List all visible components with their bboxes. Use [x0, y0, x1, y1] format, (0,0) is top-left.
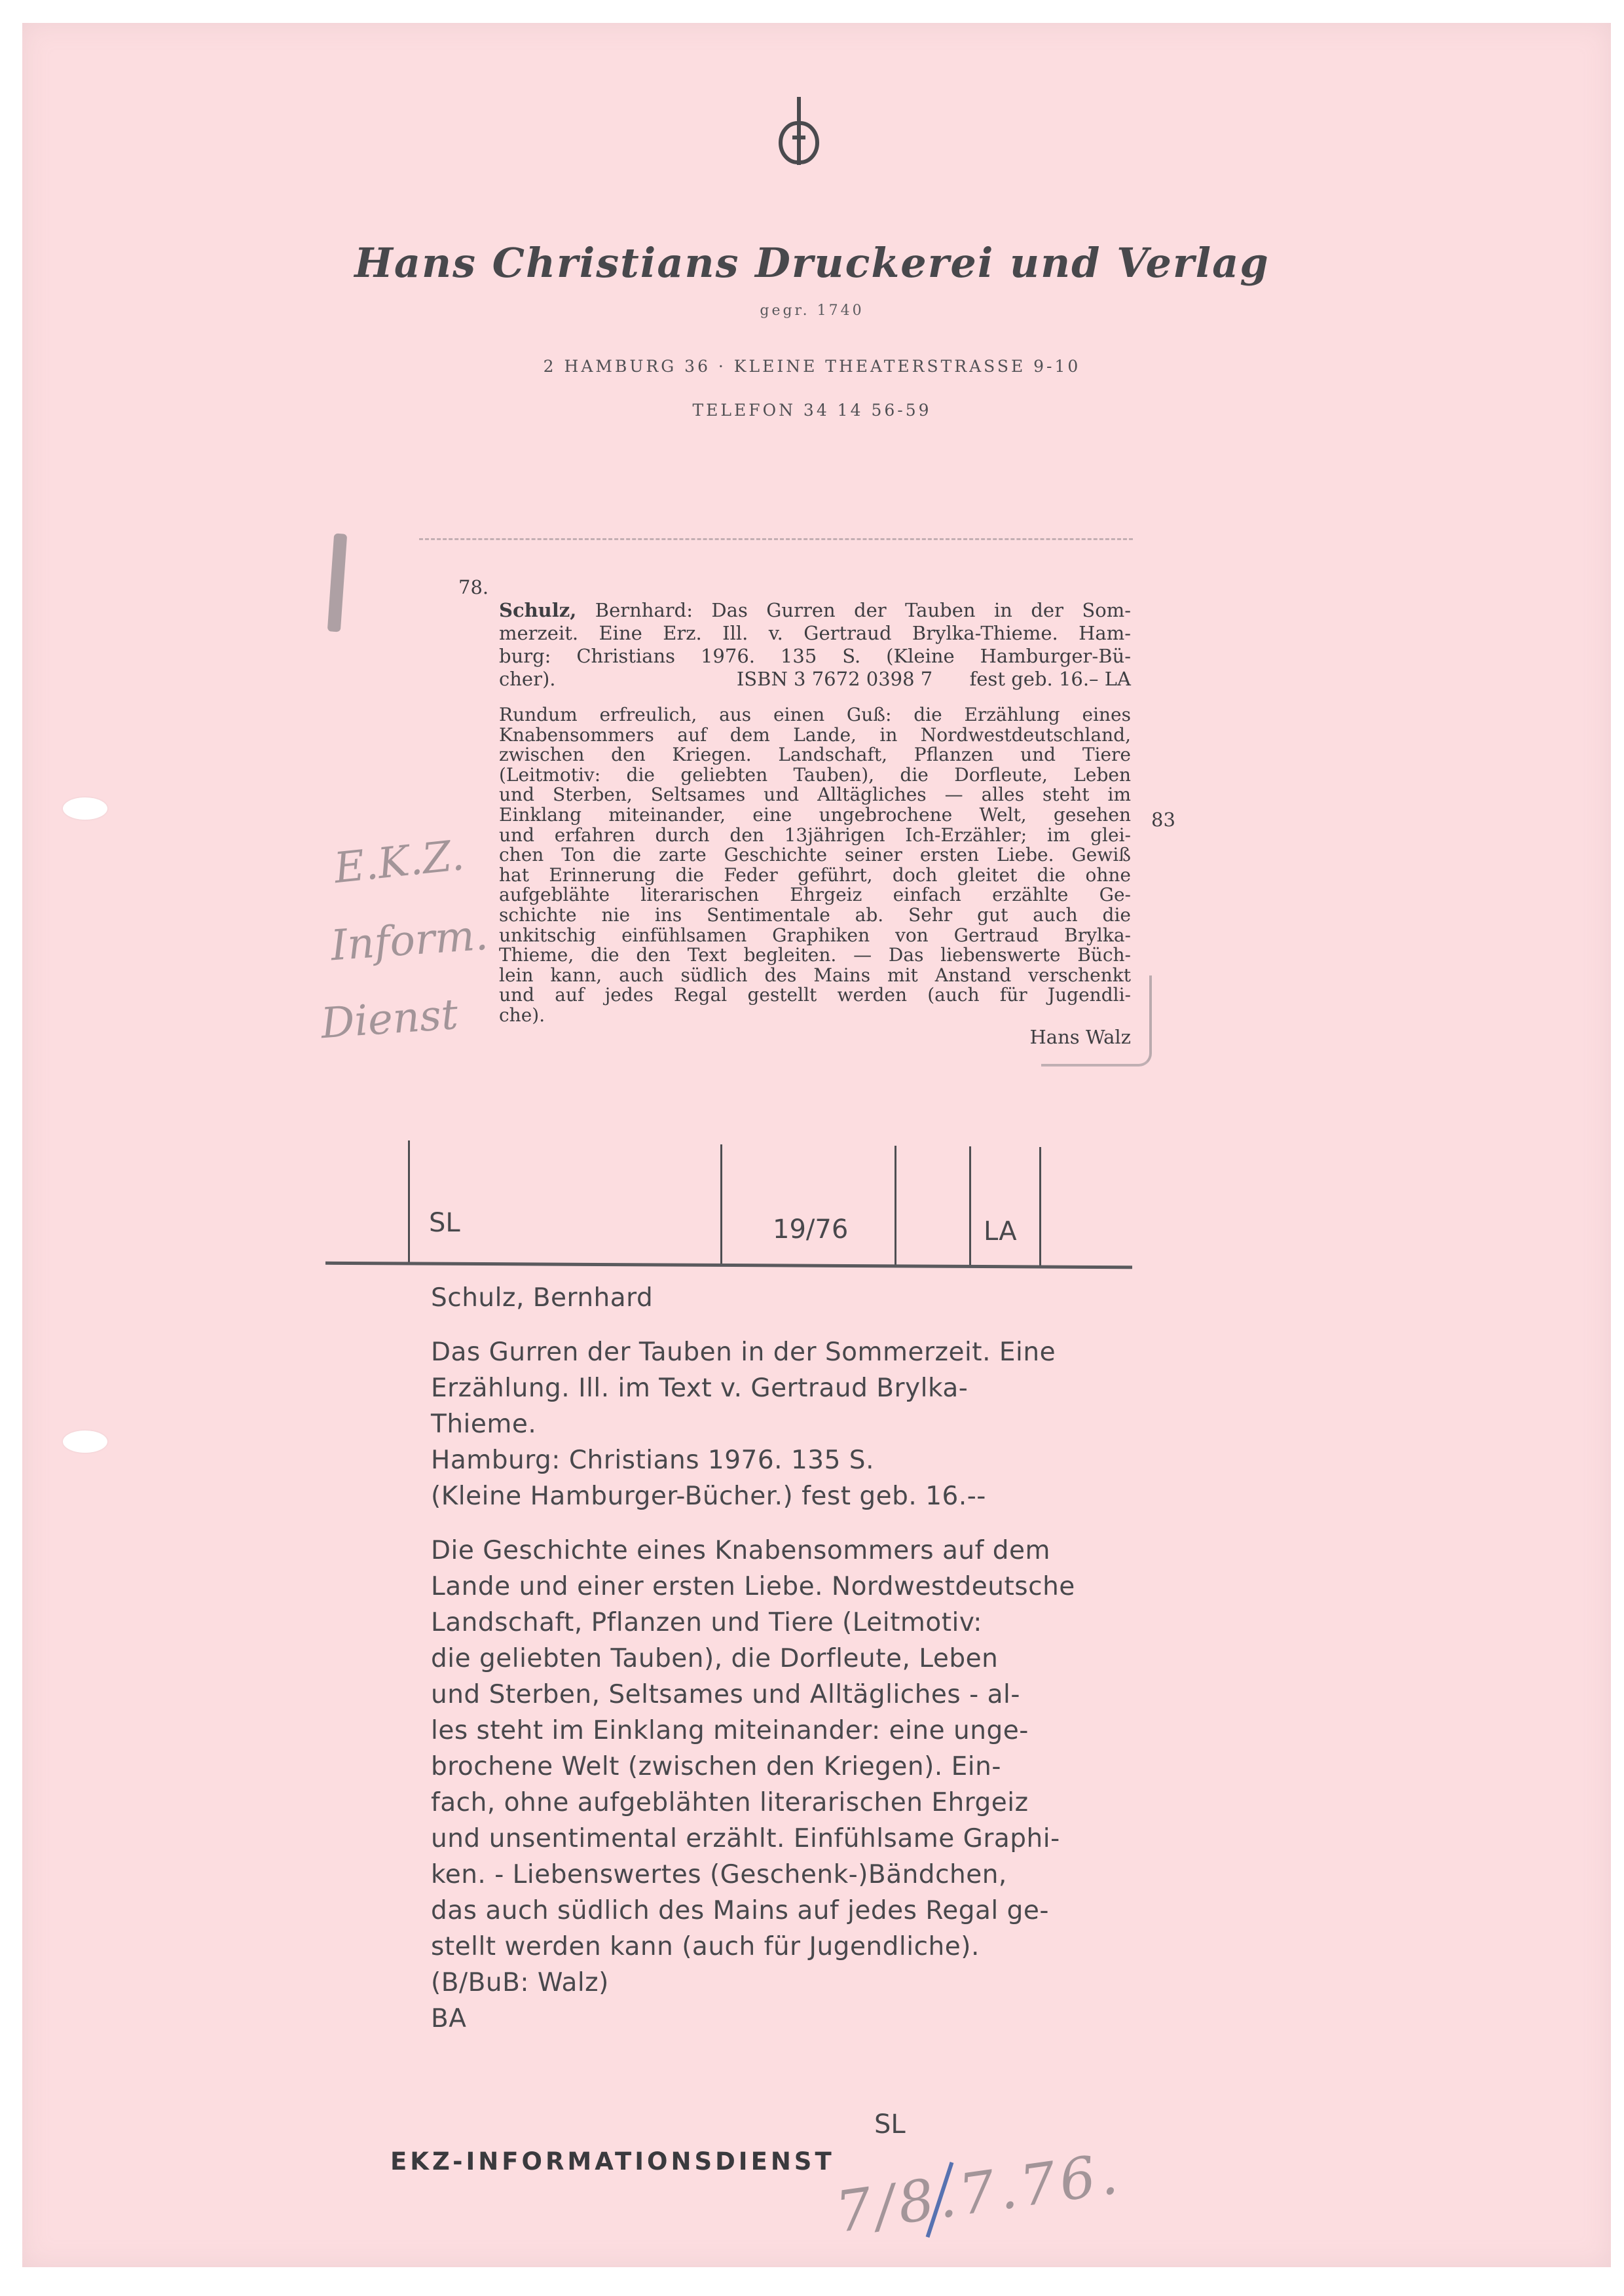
text-line: ken. - Liebenswertes (Geschenk-)Bändchen… [431, 1857, 1138, 1893]
card-title-block: Das Gurren der Tauben in der Sommerzeit.… [431, 1334, 1138, 1514]
page-number: 83 [1151, 809, 1175, 831]
text-line: Knabensommers auf dem Lande, in Nordwest… [499, 725, 1131, 746]
monogram-cc-cross-icon [760, 92, 838, 170]
text-line: die geliebten Tauben), die Dorfleute, Le… [431, 1641, 1138, 1677]
text-line: schichte nie ins Sentimentale ab. Sehr g… [499, 905, 1131, 926]
publisher-name: Hans Christians Druckerei und Verlag [0, 239, 1624, 287]
isbn: ISBN 3 7672 0398 7 [737, 668, 932, 691]
clipping-bibliography: Schulz, Bernhard: Das Gurren der Tauben … [499, 599, 1131, 691]
clipping-author: Schulz, [499, 599, 576, 621]
text-line: les steht im Einklang miteinander: eine … [431, 1713, 1138, 1749]
text-line: Landschaft, Pflanzen und Tiere (Leitmoti… [431, 1605, 1138, 1641]
text-line: chen Ton die zarte Geschichte seiner ers… [499, 845, 1131, 866]
service-name: EKZ-INFORMATIONSDIENST [390, 2147, 835, 2176]
grid-cell-category: SL [429, 1208, 460, 1238]
text-line: hat Erinnerung die Feder geführt, doch g… [499, 866, 1131, 886]
hole-punch [63, 1430, 107, 1453]
grid-divider [895, 1146, 896, 1267]
hole-punch [63, 797, 107, 820]
text-line: aufgeblähte literarischen Ehrgeiz einfac… [499, 885, 1131, 905]
handwritten-note: Dienst [320, 991, 460, 1048]
text-line: (Leitmotiv: die geliebten Tauben), die D… [499, 765, 1131, 786]
entry-number: 78. [458, 576, 489, 598]
reviewer-name: Hans Walz [499, 1026, 1131, 1049]
grid-divider [720, 1144, 722, 1266]
founded-year: gegr. 1740 [0, 302, 1624, 319]
text-line: (B/BuB: Walz) [431, 1965, 1138, 2001]
text-line: BA [431, 2001, 1138, 2037]
text-line: Erzählung. Ill. im Text v. Gertraud Bryl… [431, 1370, 1138, 1406]
text-line: Einklang miteinander, eine ungebrochene … [499, 805, 1131, 826]
text-line: che). [499, 1006, 1131, 1026]
review-clipping: Schulz, Bernhard: Das Gurren der Tauben … [499, 599, 1131, 1049]
text-line: zwischen den Kriegen. Landschaft, Pflanz… [499, 745, 1131, 765]
clipping-review-text: Rundum erfreulich, aus einen Guß: die Er… [499, 705, 1131, 1026]
clipping-edge [419, 538, 1133, 540]
text-line: Die Geschichte eines Knabensommers auf d… [431, 1533, 1138, 1569]
text-line: und Sterben, Seltsames und Alltägliches … [499, 785, 1131, 805]
text-line: Hamburg: Christians 1976. 135 S. [431, 1442, 1138, 1478]
text-line: Rundum erfreulich, aus einen Guß: die Er… [499, 705, 1131, 725]
card-author: Schulz, Bernhard [431, 1280, 1138, 1316]
text-line: lein kann, auch südlich des Mains mit An… [499, 966, 1131, 986]
text-line: und erfahren durch den 13jährigen Ich-Er… [499, 826, 1131, 846]
text-line: Das Gurren der Tauben in der Sommerzeit.… [431, 1334, 1138, 1370]
text-line: fach, ohne aufgeblähten literarischen Eh… [431, 1785, 1138, 1821]
text-line: und auf jedes Regal gestellt werden (auc… [499, 985, 1131, 1006]
grid-cell-issue: 19/76 [773, 1214, 848, 1245]
catalogue-card: Schulz, Bernhard Das Gurren der Tauben i… [431, 1280, 1138, 2037]
grid-divider [1039, 1147, 1041, 1267]
text-line: stellt werden kann (auch für Jugendliche… [431, 1929, 1138, 1965]
text-line: unkitschig einfühlsamen Graphiken von Ge… [499, 926, 1131, 946]
grid-divider [408, 1140, 410, 1265]
handwritten-bracket [1041, 975, 1152, 1066]
card-annotation: Die Geschichte eines Knabensommers auf d… [431, 1533, 1138, 2037]
publisher-address: 2 HAMBURG 36 · KLEINE THEATERSTRASSE 9-1… [0, 357, 1624, 376]
text-line: und Sterben, Seltsames und Alltägliches … [431, 1677, 1138, 1713]
text-line: Thieme, die den Text begleiten. — Das li… [499, 945, 1131, 966]
publisher-phone: TELEFON 34 14 56-59 [0, 401, 1624, 420]
grid-divider [969, 1146, 971, 1267]
text-line: und unsentimental erzählt. Einfühlsame G… [431, 1821, 1138, 1857]
text-line: das auch südlich des Mains auf jedes Reg… [431, 1893, 1138, 1929]
footer-code: SL [874, 2109, 906, 2140]
text-line: Lande und einer ersten Liebe. Nordwestde… [431, 1569, 1138, 1605]
grid-cell-code: LA [984, 1216, 1017, 1247]
text-line: Thieme. [431, 1406, 1138, 1442]
text-line: (Kleine Hamburger-Bücher.) fest geb. 16.… [431, 1478, 1138, 1514]
text-line: brochene Welt (zwischen den Kriegen). Ei… [431, 1749, 1138, 1785]
binding-price: fest geb. 16.– LA [970, 668, 1131, 691]
